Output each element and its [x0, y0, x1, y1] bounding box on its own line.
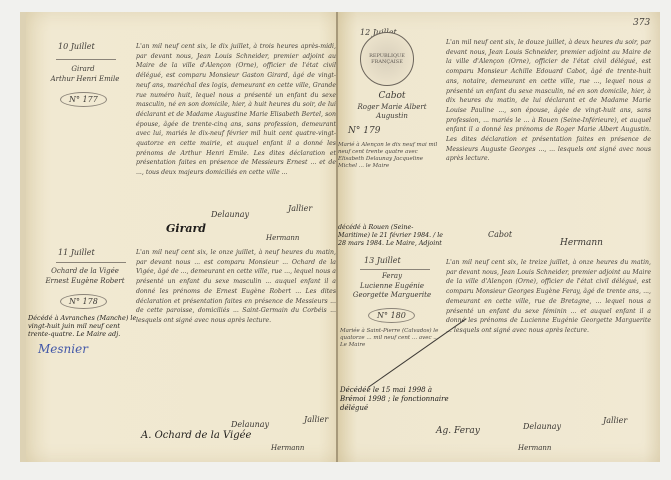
entry-given-names: Lucienne Eugénie Georgette Marguerite	[342, 282, 442, 300]
entry-body-text: L'an mil neuf cent six, le dix juillet, …	[136, 42, 336, 212]
left-page: 10 Juillet Girard Arthur Henri Emile N° …	[20, 12, 344, 462]
entry-body-text: L'an mil neuf cent six, le douze juillet…	[446, 38, 651, 223]
signature-declarant: Girard	[166, 222, 206, 235]
entry-number: N° 180	[368, 308, 415, 323]
entry-body-text: L'an mil neuf cent six, le onze juillet,…	[136, 248, 336, 418]
divider	[56, 262, 126, 263]
signature-witness: Jallier	[304, 415, 328, 424]
signature-officer: Hermann	[266, 234, 299, 242]
death-annotation: Décédé à Avranches (Manche) le vingt-hui…	[28, 314, 138, 338]
entry-surname: Girard	[38, 65, 128, 74]
entry-date: 10 Juillet	[58, 42, 95, 51]
annotation-signature: Mesnier	[38, 342, 88, 356]
marriage-annotation: Mariée à Saint-Pierre (Calvados) le quat…	[340, 328, 445, 349]
entry-given-names: Arthur Henri Emile	[30, 75, 140, 84]
entry-date: 13 Juillet	[364, 256, 401, 265]
marriage-annotation: Marié à Alençon le dix neuf mai mil neuf…	[338, 142, 443, 170]
death-annotation: Décédée le 15 mai 1998 à Brémoi 1998 ; l…	[340, 386, 450, 413]
signature-witness: Delaunay	[211, 210, 249, 219]
republic-stamp: REPUBLIQUE FRANÇAISE	[360, 32, 414, 86]
signature-witness: Delaunay	[231, 420, 269, 429]
signature-declarant: Ag. Feray	[436, 426, 480, 436]
entry-surname: Feray	[342, 272, 442, 281]
page-number: 373	[633, 18, 650, 28]
signature-witness: Jallier	[603, 416, 627, 425]
right-page: 373 12 Juillet REPUBLIQUE FRANÇAISE Cabo…	[338, 12, 660, 462]
stamp-text: REPUBLIQUE FRANÇAISE	[361, 53, 413, 65]
signature-officer: Hermann	[518, 444, 551, 452]
entry-date: 11 Juillet	[58, 248, 95, 257]
death-annotation: décédé à Rouen (Seine-Maritime) le 21 fé…	[338, 224, 443, 248]
divider	[56, 59, 116, 60]
divider	[360, 269, 430, 270]
entry-number: N° 178	[60, 294, 107, 309]
entry-given-names: Roger Marie Albert Augustin	[342, 103, 442, 121]
signature-declarant: A. Ochard de la Vigée	[141, 430, 251, 441]
entry-surname: Cabot	[342, 92, 442, 101]
signature-officer: Hermann	[271, 444, 304, 452]
register-book: 10 Juillet Girard Arthur Henri Emile N° …	[20, 12, 666, 462]
signature-witness: Delaunay	[523, 422, 561, 431]
signature-officer: Hermann	[560, 238, 603, 248]
signature-witness: Jallier	[288, 204, 312, 213]
entry-given-names: Ernest Eugène Robert	[30, 277, 140, 286]
signature-declarant: Cabot	[488, 230, 512, 239]
entry-body-text: L'an mil neuf cent six, le treize juille…	[446, 258, 651, 423]
entry-number: N° 177	[60, 92, 107, 107]
entry-surname: Ochard de la Vigée	[30, 267, 140, 276]
entry-number: N° 179	[340, 124, 388, 138]
